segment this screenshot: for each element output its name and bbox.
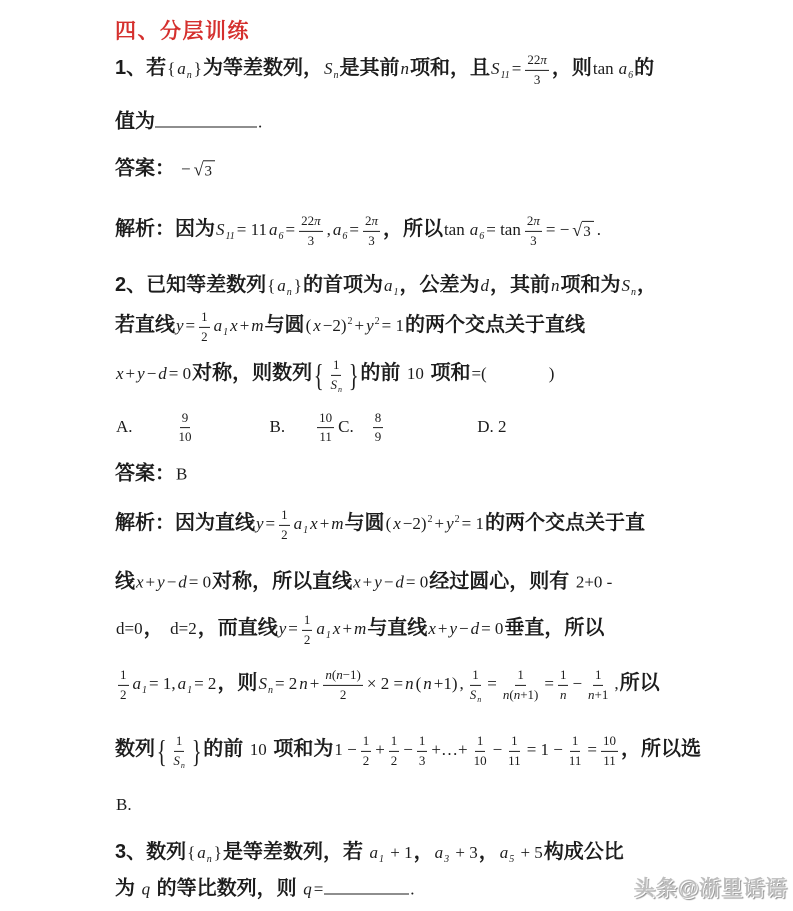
math-run: a1 — [316, 619, 331, 638]
fraction-denominator: n+1 — [586, 686, 610, 704]
math-run: × 2 = — [367, 674, 403, 693]
q2-line1: 2、已知等差数列{an}的首项为a1，公差为d，其前n项和为Sn， — [115, 268, 657, 298]
math-run: 2 — [363, 753, 370, 768]
math-subscript: 5 — [509, 854, 514, 865]
math-text: + 5 — [516, 843, 543, 862]
math-text: a — [316, 619, 325, 638]
sequence-brace: } — [349, 362, 359, 389]
math-run: . — [597, 220, 601, 239]
math-subscript: 6 — [342, 231, 347, 242]
math-text: y — [374, 573, 382, 592]
math-run: +1) — [434, 674, 458, 693]
text-run: ，则 — [552, 57, 592, 79]
q2-sol-line1: 解析：因为直线y=12a1x+m与圆(x−2)2+y2= 1的两个交点关于直 — [115, 506, 645, 544]
math-run: 2 — [304, 632, 311, 647]
fraction: 1Sn — [328, 356, 344, 394]
text-run: 项和 — [425, 362, 471, 384]
text-run: ， — [414, 841, 434, 863]
fraction-denominator: 2 — [279, 526, 290, 544]
square-root: √3 — [194, 161, 215, 181]
math-text: = 1 − — [527, 740, 563, 759]
math-run: x — [428, 619, 436, 638]
fraction-numerator: 1 — [470, 666, 481, 685]
math-text: 9 — [182, 410, 189, 425]
fraction: 1011 — [601, 732, 618, 770]
math-text: , — [460, 674, 464, 693]
fraction: 110 — [472, 732, 489, 770]
math-run: Sn — [324, 59, 339, 78]
q2-sol-line2: 线x+y−d= 0对称，所以直线x+y−d= 0经过圆心，则有 2+0 - — [115, 565, 613, 594]
math-text: 11 — [569, 753, 582, 768]
fraction: 1011 — [317, 409, 334, 447]
math-run: − — [572, 674, 582, 693]
q2-options: A.910B.1011C.89D. 2 — [115, 409, 508, 447]
math-text: π — [371, 213, 378, 228]
fraction-numerator: 1 — [389, 732, 400, 751]
fraction-denominator: 11 — [601, 752, 618, 770]
math-run: B — [176, 465, 187, 484]
text-run: 与直线 — [367, 617, 427, 639]
math-text: =( — [471, 364, 486, 383]
text-run: 的首项为 — [303, 274, 383, 296]
math-text: a — [619, 59, 628, 78]
math-run: n — [299, 674, 308, 693]
fraction: 1Sn — [171, 732, 187, 770]
math-run: 1 — [333, 357, 340, 372]
sequence-brace: { — [157, 738, 167, 765]
math-run: 22 — [301, 213, 314, 228]
answer-blank — [155, 110, 257, 128]
math-run: S11 — [216, 220, 235, 239]
math-text: d — [471, 619, 480, 638]
math-text: x — [310, 514, 318, 533]
math-run: ( — [416, 674, 422, 693]
math-text: d — [178, 573, 187, 592]
math-text: × 2 = — [367, 674, 403, 693]
math-text: x — [428, 619, 436, 638]
math-run: d — [480, 276, 489, 295]
fraction-denominator: 2 — [118, 686, 129, 704]
q1-line2: 值为. — [115, 105, 263, 134]
math-text: x — [333, 619, 341, 638]
math-run: y — [449, 619, 457, 638]
text-run: 的两个交点关于直 — [485, 512, 645, 534]
math-text: = 2 — [275, 674, 297, 693]
math-run: Sn — [173, 753, 185, 768]
q2-sol-line3: d=0， d=2，而直线y=12a1x+m与直线x+y−d= 0垂直，所以 — [115, 611, 604, 649]
math-text: 1 — [176, 733, 183, 748]
fraction-numerator: 1 — [417, 732, 428, 751]
radicand: 3 — [582, 221, 594, 241]
math-run: a6 — [470, 220, 485, 239]
math-run: = — [266, 514, 276, 533]
text-run: ， — [144, 617, 170, 639]
math-subscript: 6 — [479, 231, 484, 242]
fraction-numerator: 1 — [174, 732, 185, 751]
math-run: 1 — [517, 667, 524, 682]
fraction: 1Sn — [468, 666, 484, 704]
radicand: 3 — [203, 161, 215, 181]
math-run: 9 — [182, 410, 189, 425]
math-superscript: 2 — [428, 514, 433, 525]
math-text: = — [314, 880, 324, 899]
math-run: = — [587, 740, 597, 759]
math-text: = — [285, 220, 295, 239]
text-run: 经过圆心，则有 — [429, 571, 575, 593]
math-run: y — [279, 619, 287, 638]
math-text: 2 — [304, 632, 311, 647]
math-run: y — [256, 514, 264, 533]
text-run: ，所以选 — [621, 738, 701, 760]
math-text: x — [136, 573, 144, 592]
text-run: 若直线 — [115, 314, 175, 336]
fraction-numerator: 8 — [373, 409, 384, 428]
math-subscript: n — [287, 287, 292, 298]
math-text: a — [197, 843, 206, 862]
math-text: { — [187, 843, 195, 862]
math-run: + 5 — [516, 843, 543, 862]
math-run: 10 — [603, 733, 616, 748]
fraction-numerator: 2π — [525, 212, 542, 231]
fraction: 22π3 — [525, 51, 549, 89]
math-text: a — [294, 514, 303, 533]
math-text: { — [167, 59, 175, 78]
math-run: 10 — [319, 410, 332, 425]
math-text: n — [560, 687, 567, 702]
fraction-denominator: 3 — [366, 232, 377, 250]
math-text: 3 — [534, 72, 541, 87]
text-run: 的前 — [360, 362, 406, 384]
math-run: = — [544, 674, 554, 693]
q2-sol-line6: B. — [115, 795, 133, 815]
math-subscript: 3 — [444, 854, 449, 865]
text-run: 是等差数列，若 — [223, 841, 369, 863]
math-run: 1 — [176, 733, 183, 748]
math-run: 2 — [281, 527, 288, 542]
fraction: 2π3 — [525, 212, 542, 250]
math-run: 2 — [340, 687, 347, 702]
math-text: 2+0 - — [576, 573, 613, 592]
math-text: S — [470, 687, 477, 702]
math-run: π — [533, 213, 540, 228]
q1-solution: 解析：因为S11= 11a6=22π3,a6=2π3，所以tana6= tan2… — [115, 212, 602, 250]
math-text: + — [435, 514, 445, 533]
fraction-denominator: 2 — [338, 686, 349, 704]
math-subscript: n — [477, 695, 481, 704]
math-run: π — [314, 213, 321, 228]
math-run: Sn — [621, 276, 636, 295]
math-text: − — [572, 674, 582, 693]
math-run: = tan — [486, 220, 521, 239]
math-run: = — [285, 220, 295, 239]
math-run: tan — [444, 220, 465, 239]
math-text: + — [363, 573, 373, 592]
fraction-numerator: 10 — [317, 409, 334, 428]
math-text: , — [327, 220, 331, 239]
math-run: a6 — [619, 59, 634, 78]
math-text: y — [366, 316, 374, 335]
math-run: d — [471, 619, 480, 638]
math-run: = — [186, 316, 196, 335]
math-run: 1 — [304, 612, 311, 627]
text-run: ，所以 — [383, 218, 443, 240]
fraction-numerator: 1 — [475, 732, 486, 751]
math-text: 1 — [511, 733, 518, 748]
math-run: d — [158, 364, 167, 383]
fraction-numerator: 1 — [199, 308, 210, 327]
math-subscript: 1 — [303, 525, 308, 536]
math-text: D. 2 — [477, 417, 506, 436]
text-run: ，公差为 — [399, 274, 479, 296]
text-run: 线 — [115, 571, 135, 593]
math-run: y — [157, 573, 165, 592]
q3-line2: 为 q 的等比数列，则 q=. — [115, 872, 416, 901]
math-run: a1 — [384, 276, 399, 295]
math-run: = — [288, 619, 298, 638]
math-run: = 2 — [194, 674, 216, 693]
math-run: = 1 — [382, 316, 404, 335]
math-run: , — [460, 674, 464, 693]
fraction: 910 — [177, 409, 194, 447]
text-run: 项和为 — [560, 274, 620, 296]
math-text: = 0 — [406, 573, 428, 592]
fraction: 1n+1 — [586, 666, 610, 704]
math-run: a3 — [435, 843, 450, 862]
math-run: ( — [386, 514, 392, 533]
math-run: π — [540, 52, 547, 67]
math-text: 3 — [368, 233, 375, 248]
math-run: = 1 − — [527, 740, 563, 759]
math-run: = — [314, 880, 324, 899]
math-text: −2) — [403, 514, 427, 533]
math-text: + 1 — [386, 843, 413, 862]
math-text: y — [279, 619, 287, 638]
math-text: . — [410, 880, 414, 899]
math-text: a — [500, 843, 509, 862]
math-run: an — [177, 59, 192, 78]
math-run: Sn — [470, 687, 482, 702]
math-text: 1 — [304, 612, 311, 627]
math-run: 3 — [534, 72, 541, 87]
math-run: 3 — [583, 224, 591, 240]
math-superscript: 2 — [348, 316, 353, 327]
math-run: x — [393, 514, 401, 533]
math-run: 11 — [319, 430, 332, 445]
math-subscript: 6 — [628, 70, 633, 81]
math-run: x — [230, 316, 238, 335]
text-run: 构成公比 — [544, 841, 624, 863]
math-superscript: 2 — [375, 316, 380, 327]
math-subscript: 1 — [379, 854, 384, 865]
math-text: = — [544, 674, 554, 693]
math-text: q — [142, 880, 151, 899]
math-text: ( — [416, 674, 422, 693]
math-text: 10 — [474, 753, 487, 768]
math-text: + — [146, 573, 156, 592]
fraction-denominator: 10 — [177, 429, 194, 447]
math-text: x — [393, 514, 401, 533]
text-run: ，则 — [217, 672, 257, 694]
text-run: 四、分层训练 — [115, 20, 250, 43]
fraction-numerator: 1 — [593, 666, 604, 685]
math-run: } — [194, 59, 202, 78]
math-run: = — [349, 220, 359, 239]
math-run: Sn — [330, 377, 342, 392]
math-run: 9 — [375, 430, 382, 445]
math-text: 9 — [375, 430, 382, 445]
math-text: − — [181, 159, 191, 178]
text-run: ，其前 — [490, 274, 550, 296]
math-run: + — [342, 619, 352, 638]
math-text: 3 — [308, 233, 315, 248]
math-run: +1) — [520, 687, 538, 702]
q1-answer: 答案：−√3 — [115, 151, 217, 180]
fraction: 13 — [417, 732, 428, 770]
math-run: + — [363, 573, 373, 592]
math-text: tan — [444, 220, 465, 239]
math-run: = 0 — [406, 573, 428, 592]
math-run: 11 — [603, 753, 616, 768]
text-run: 答案： — [115, 157, 175, 179]
math-run: { — [267, 276, 275, 295]
math-text: 1 — [572, 733, 579, 748]
math-text: tan — [593, 59, 614, 78]
math-run: y2 — [446, 514, 460, 533]
math-text: d — [158, 364, 167, 383]
q2-line3: x+y−d= 0对称，则数列{1Sn}的前 10 项和=() — [115, 356, 555, 394]
math-subscript: n — [181, 761, 185, 770]
math-text: m — [331, 514, 343, 533]
math-run: = 2 — [275, 674, 297, 693]
math-text: B. — [116, 795, 132, 814]
math-run: 1 — [572, 733, 579, 748]
math-run: = — [512, 59, 522, 78]
text-run: 对称，则数列 — [192, 362, 312, 384]
math-run: +1 — [595, 687, 609, 702]
text-run: 项和，且 — [410, 57, 490, 79]
fraction-numerator: n(n−1) — [323, 666, 363, 685]
math-run: −2)2 — [403, 514, 433, 533]
math-run: 2+0 - — [576, 573, 613, 592]
math-text: S — [216, 220, 225, 239]
math-text: n — [423, 674, 432, 693]
math-run: 1 — [363, 733, 370, 748]
math-text: + — [126, 364, 136, 383]
math-run: 1 — [472, 667, 479, 682]
text-run: 值为 — [115, 111, 155, 133]
math-subscript: 1 — [223, 327, 228, 338]
math-run: 1 — [281, 507, 288, 522]
q3-line1: 3、数列{an}是等差数列，若 a1 + 1，a3 + 3，a5 + 5构成公比 — [115, 835, 624, 865]
math-run: . — [258, 113, 262, 132]
math-run: + — [435, 514, 445, 533]
fraction-denominator: 3 — [532, 71, 543, 89]
math-text: } — [294, 276, 302, 295]
fraction: n(n−1)2 — [323, 666, 363, 704]
math-run: − — [167, 573, 177, 592]
math-text: a — [133, 674, 142, 693]
math-run: n — [560, 687, 567, 702]
math-text: − — [147, 364, 157, 383]
math-text: { — [267, 276, 275, 295]
math-text: 8 — [375, 410, 382, 425]
fraction-denominator: 2 — [361, 752, 372, 770]
math-text: 11 — [508, 753, 521, 768]
math-text: 1 — [517, 667, 524, 682]
math-run: π — [371, 213, 378, 228]
fraction-denominator: 3 — [417, 752, 428, 770]
math-subscript: 6 — [278, 231, 283, 242]
math-run: + — [320, 514, 330, 533]
math-run: d=0 — [116, 619, 143, 638]
radical-sign: √ — [194, 161, 204, 180]
math-text: 22 — [301, 213, 314, 228]
math-text: − — [167, 573, 177, 592]
math-run: = 0 — [169, 364, 191, 383]
fraction-numerator: 1 — [279, 506, 290, 525]
math-run: = 1, — [149, 674, 176, 693]
math-run: . — [410, 880, 414, 899]
q2-answer: 答案：B — [115, 457, 188, 486]
fraction-denominator: 2 — [389, 752, 400, 770]
math-text: − — [384, 573, 394, 592]
math-text: ( — [386, 514, 392, 533]
math-text: 3 — [530, 233, 537, 248]
math-text: = — [512, 59, 522, 78]
math-text: y — [176, 316, 184, 335]
math-run: +…+ — [431, 740, 467, 759]
math-run: −2)2 — [323, 316, 353, 335]
math-run: 1 — [511, 733, 518, 748]
text-run: ， — [479, 841, 499, 863]
math-text: 1 — [333, 357, 340, 372]
math-run: S11 — [491, 59, 510, 78]
math-text: } — [214, 843, 222, 862]
math-run: { — [167, 59, 175, 78]
math-text: = — [349, 220, 359, 239]
math-subscript: 1 — [326, 630, 331, 641]
math-text: . — [597, 220, 601, 239]
math-run: x — [313, 316, 321, 335]
math-text: a — [435, 843, 444, 862]
math-text: 1 — [477, 733, 484, 748]
math-text: y — [157, 573, 165, 592]
q2-sol-line5: 数列{1Sn}的前 10 项和为1 −12+12−13+…+110−111= 1… — [115, 732, 701, 770]
math-text: = 0 — [481, 619, 503, 638]
math-run: 1 — [201, 309, 208, 324]
math-run: x — [116, 364, 124, 383]
fraction-numerator: 9 — [180, 409, 191, 428]
text-run: 所以 — [620, 672, 660, 694]
math-text: y — [449, 619, 457, 638]
math-text: , — [614, 674, 618, 693]
math-run: d — [178, 573, 187, 592]
math-run: 1 — [477, 733, 484, 748]
math-text: 10 — [319, 410, 332, 425]
text-run: 为 — [115, 878, 141, 900]
math-text: 3 — [583, 224, 591, 240]
math-run: y — [176, 316, 184, 335]
math-text: +1 — [595, 687, 609, 702]
math-run: = 0 — [481, 619, 503, 638]
math-text: = 1 — [462, 514, 484, 533]
math-run: = 11 — [237, 220, 267, 239]
math-text: +1) — [520, 687, 538, 702]
math-text: a — [177, 59, 186, 78]
math-text: 1 — [595, 667, 602, 682]
math-run: = 1 — [462, 514, 484, 533]
math-text: 2 — [201, 329, 208, 344]
